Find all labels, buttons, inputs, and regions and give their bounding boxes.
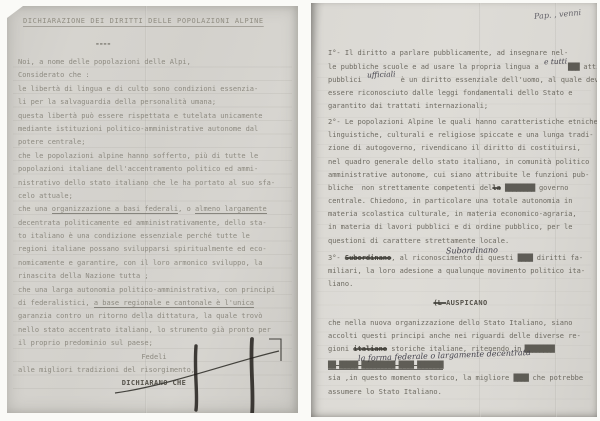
text-segment-ul: almeno largamente <box>195 205 267 214</box>
text-segment: Fedeli <box>141 353 166 361</box>
text-line: sia ,in questo momento storico, la migli… <box>328 372 593 385</box>
text-segment: nistrativo dello stato italiano che le h… <box>18 179 275 187</box>
text-segment: garantito dai trattati internazionali; <box>328 102 488 110</box>
text-line: bliche non strettamente competenti della… <box>328 182 593 195</box>
text-segment: 3°- <box>328 254 345 262</box>
page-title: DICHIARAZIONE DEI DIRITTI DELLE POPOLAZI… <box>23 17 262 25</box>
text-line: liano. <box>328 278 593 291</box>
text-segment: linguistiche, culturali e religiose spic… <box>328 131 594 139</box>
text-line: il proprio predominio sul paese; <box>18 337 290 350</box>
text-line: essere riconosciuto dalle leggi fondamen… <box>328 87 593 100</box>
text-segment: liano. <box>328 280 353 288</box>
text-segment: di federalistici, <box>18 299 94 307</box>
text-segment: essere riconosciuto dalle leggi fondamen… <box>328 89 572 97</box>
text-segment: nomicamente e garantire, con il loro arm… <box>18 259 262 267</box>
text-line: Fedeli <box>18 351 290 364</box>
text-segment: che una <box>18 205 52 213</box>
text-line: la forma federale o largamente decentrat… <box>328 359 593 372</box>
text-segment-blot: ████ <box>513 374 528 382</box>
text-line: accolti questi principi anche nei riguar… <box>328 330 593 343</box>
text-segment: gioni <box>328 345 353 353</box>
page-left: DICHIARAZIONE DEI DIRITTI DELLE POPOLAZI… <box>7 6 298 413</box>
text-line: to italiano è una condizione essenziale … <box>18 230 290 243</box>
text-line: alle migliori tradizioni del risorgiment… <box>18 364 290 377</box>
text-segment: amministrative autonome, cui siano attri… <box>328 171 589 179</box>
text-line: garanzia contro un ritorno della dittatu… <box>18 310 290 323</box>
text-line: che una organizzazione a basi federali, … <box>18 203 290 216</box>
text-segment: accolti questi principi anche nei riguar… <box>328 332 581 340</box>
text-segment: centrale. Chiedono, in particolare una t… <box>328 197 572 205</box>
text-segment: sia ,in questo momento storico, la migli… <box>328 374 513 382</box>
text-line: decentrata politicamente ed amministrati… <box>18 217 290 230</box>
text-segment: il proprio predominio sul paese; <box>18 339 153 347</box>
text-line: che le popolazioni alpine hanno sofferto… <box>18 150 290 163</box>
text-segment: nel quadro generale dello stato italiano… <box>328 158 589 166</box>
text-line: rinascita della Nazione tutta ; <box>18 270 290 283</box>
text-line: (L AUSPICANO <box>328 297 593 310</box>
text-segment: che potrebbe <box>528 374 583 382</box>
text-line: zione di autogoverno, rivendicano il dir… <box>328 142 593 155</box>
title-separator: ---- <box>95 39 110 48</box>
text-segment: Considerato che : <box>18 71 90 79</box>
text-segment: regioni italiane possano svilupparsi spi… <box>18 245 267 253</box>
text-line: Noi, a nome delle popolazioni delle Alpi… <box>18 56 290 69</box>
text-line: Considerato che : <box>18 69 290 82</box>
text-segment: che le popolazioni alpine hanno sofferto… <box>18 152 258 160</box>
text-line: garantito dai trattati internazionali; <box>328 100 593 113</box>
text-segment: è un diritto essenziale dell'uomo, al qu… <box>396 76 597 84</box>
text-line: pubblici ufficiali è un diritto essenzia… <box>328 73 593 86</box>
text-line: amministrative autonome, cui siano attri… <box>328 169 593 182</box>
text-segment: le libertà di lingua e di culto sono con… <box>18 85 258 93</box>
text-segment: I°- Il diritto a parlare pubblicamente, … <box>328 49 568 57</box>
text-line: nello stato accentrato italiano, lo stru… <box>18 324 290 337</box>
text-line: che una larga autonomia politico-amminis… <box>18 284 290 297</box>
text-line: 2°- Le popolazioni Alpine le quali hanno… <box>328 116 593 129</box>
text-line: le libertà di lingua e di culto sono con… <box>18 83 290 96</box>
text-segment: nello stato accentrato italiano, lo stru… <box>18 326 271 334</box>
text-segment-struck: (L <box>433 299 446 307</box>
text-line: centrale. Chiedono, in particolare una t… <box>328 195 593 208</box>
text-segment: garanzia contro un ritorno della dittatu… <box>18 312 262 320</box>
text-segment: in materia di lavori pubblici e di ordin… <box>328 223 572 231</box>
text-segment: diritti fa- <box>533 254 584 262</box>
text-line: miliari, la loro adesione a qualunque mo… <box>328 265 593 278</box>
page-right-body: I°- Il diritto a parlare pubblicamente, … <box>328 47 593 399</box>
text-line: potere centrale; <box>18 136 290 149</box>
text-segment: pubblici <box>328 76 366 84</box>
page-right: Pap. , venni I°- Il diritto a parlare pu… <box>311 3 597 417</box>
text-segment: Noi, a nome delle popolazioni delle Alpi… <box>18 58 191 66</box>
text-segment-struck: la <box>492 184 500 192</box>
text-segment: che una larga autonomia politico-amminis… <box>18 286 275 294</box>
text-line: regioni italiane possano svilupparsi spi… <box>18 243 290 256</box>
text-line: celo attuale; <box>18 190 290 203</box>
text-line: nel quadro generale dello stato italiano… <box>328 156 593 169</box>
text-segment: governo <box>535 184 569 192</box>
text-line: DICHIARANO CHE <box>18 377 290 390</box>
text-segment: rinascita della Nazione tutta ; <box>18 272 149 280</box>
text-segment-hand-insert: e tutti <box>544 55 568 69</box>
text-line: linguistiche, culturali e religiose spic… <box>328 129 593 142</box>
handwritten-note: Pap. , venni <box>533 8 581 21</box>
text-line: nistrativo dello stato italiano che le h… <box>18 177 290 190</box>
text-line: popolazioni italiane dell'accentramento … <box>18 163 290 176</box>
text-line: li per la salvaguardia della personalità… <box>18 96 290 109</box>
text-line: nomicamente e garantire, con il loro arm… <box>18 257 290 270</box>
text-segment-dk: DICHIARANO CHE <box>122 379 187 387</box>
text-segment: assumere lo Stato Italiano. <box>328 388 442 396</box>
text-line: in materia di lavori pubblici e di ordin… <box>328 221 593 234</box>
text-segment: questa libertà può essere rispettata e t… <box>18 112 262 120</box>
text-line: di federalistici, a base regionale e can… <box>18 297 290 310</box>
text-segment-blotul: ██ █████ █████████ ████ ███████ <box>328 361 443 370</box>
text-line: questa libertà può essere rispettata e t… <box>18 110 290 123</box>
text-segment: le pubbliche scuole e ad usare la propri… <box>328 63 543 71</box>
text-segment: atti <box>579 63 597 71</box>
text-segment: miliari, la loro adesione a qualunque mo… <box>328 267 585 275</box>
text-segment: 2°- Le popolazioni Alpine le quali hanno… <box>328 118 597 126</box>
text-segment-blot: ███ <box>568 63 579 71</box>
text-segment: materia scolastica culturale, in materia… <box>328 210 577 218</box>
document-scan: DICHIARAZIONE DEI DIRITTI DELLE POPOLAZI… <box>0 0 600 421</box>
text-line: Subordinano3°- Subordinano, al riconosci… <box>328 252 593 265</box>
text-segment-ul: a base regionale e cantonale è l'unica <box>94 299 254 308</box>
text-segment-dk: AUSPICANO <box>446 299 488 307</box>
text-segment-hand-above-mid: Subordinano <box>446 243 498 257</box>
text-segment: bliche non strettamente competenti del <box>328 184 492 192</box>
text-line: materia scolastica culturale, in materia… <box>328 208 593 221</box>
text-segment: zione di autogoverno, rivendicano il dir… <box>328 144 581 152</box>
text-segment-blot: ████ <box>518 254 533 262</box>
text-line: che nella nuova organizzazione dello Sta… <box>328 317 593 330</box>
text-line: mediante istituzioni politico-amministra… <box>18 123 290 136</box>
text-segment: to italiano è una condizione essenziale … <box>18 232 250 240</box>
text-segment: decentrata politicamente ed amministrati… <box>18 219 267 227</box>
text-segment: mediante istituzioni politico-amministra… <box>18 125 258 133</box>
text-segment-hand-insert: ufficiali <box>367 68 396 82</box>
text-segment: celo attuale; <box>18 192 73 200</box>
text-segment: popolazioni italiane dell'accentramento … <box>18 165 258 173</box>
text-segment: li per la salvaguardia della personalità… <box>18 98 216 106</box>
text-segment-blot: ████████ <box>505 184 535 192</box>
text-segment: potere centrale; <box>18 138 85 146</box>
text-line: assumere lo Stato Italiano. <box>328 386 593 399</box>
text-segment: che nella nuova organizzazione dello Sta… <box>328 319 572 327</box>
text-segment-ul: organizzazione a basi federali <box>52 205 178 214</box>
text-segment-struck: Subordinano <box>345 254 391 262</box>
page-left-body: Noi, a nome delle popolazioni delle Alpi… <box>18 56 290 391</box>
text-segment: alle migliori tradizioni del risorgiment… <box>18 366 195 374</box>
text-segment: , o <box>178 205 195 213</box>
